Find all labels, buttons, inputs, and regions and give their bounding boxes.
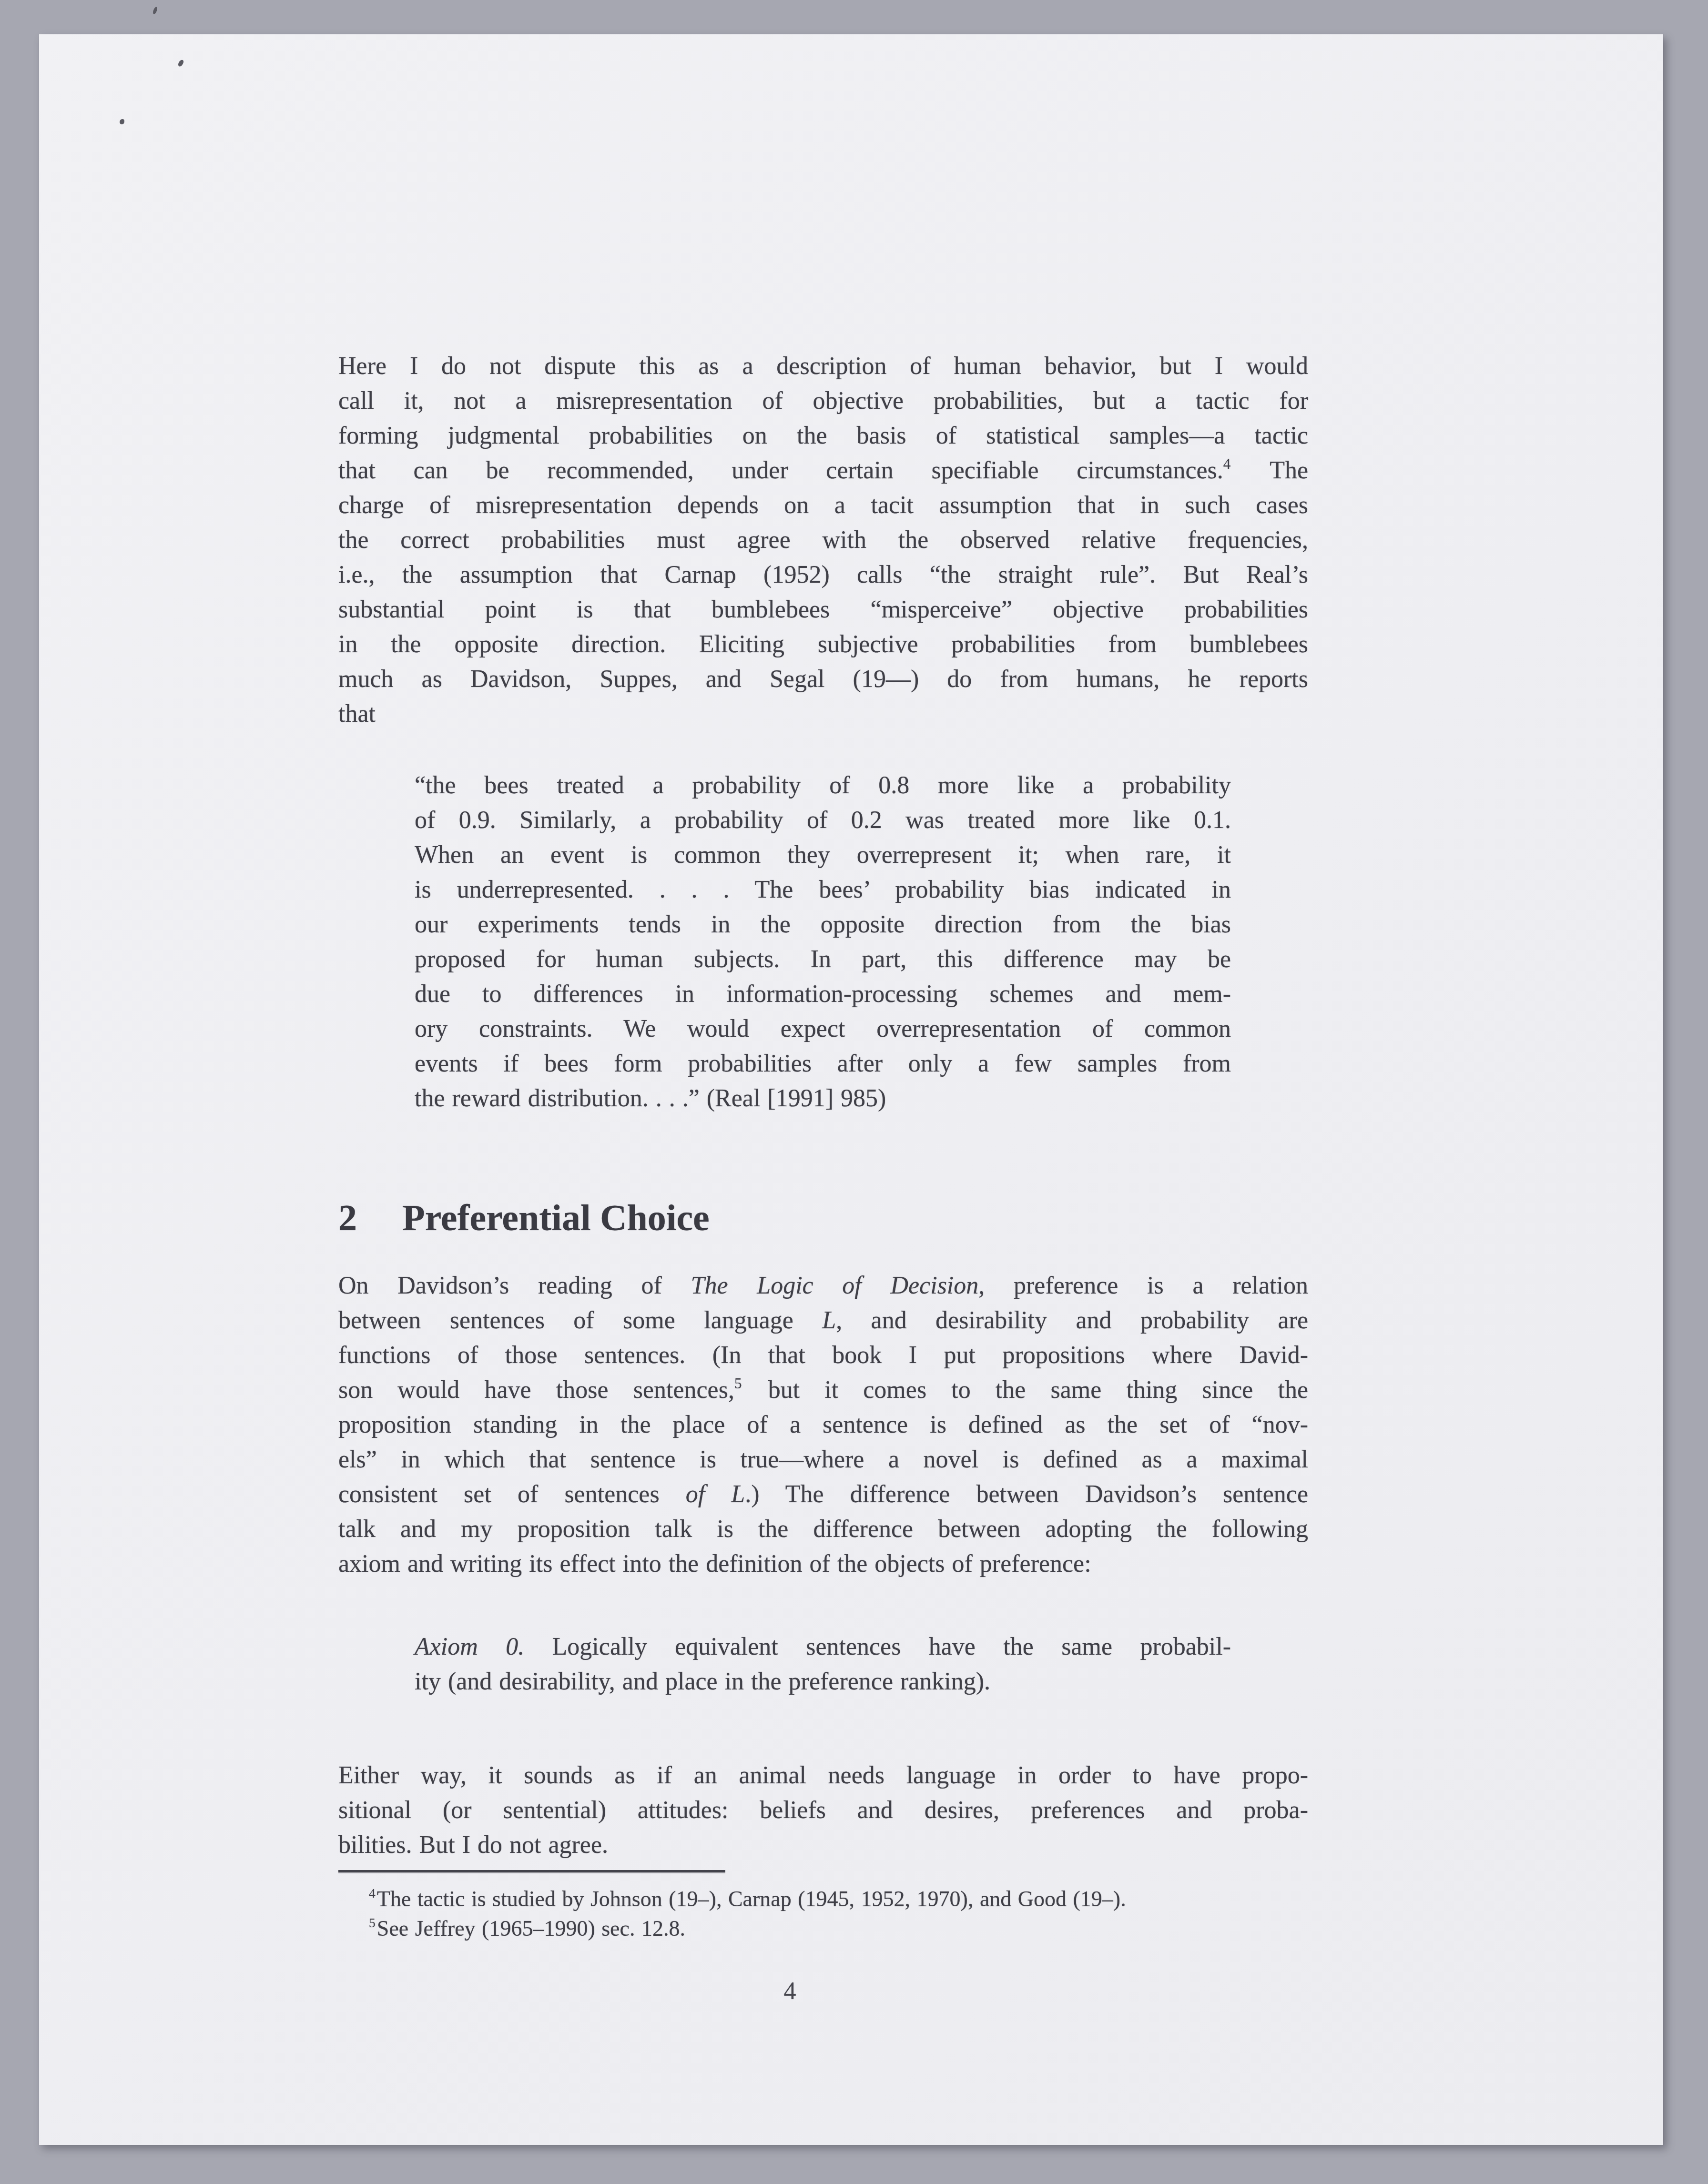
text-line: bilities. But I do not agree.	[338, 1828, 1308, 1862]
text-line: functions of those sentences. (In that b…	[338, 1338, 1308, 1373]
text-line: sitional (or sentential) attitudes: beli…	[338, 1793, 1308, 1828]
text-line: ity (and desirability, and place in the …	[415, 1664, 1231, 1699]
text-line: charge of misrepresentation depends on a…	[338, 488, 1308, 523]
section-title: Preferential Choice	[402, 1196, 710, 1240]
text-line: of 0.9. Similarly, a probability of 0.2 …	[415, 803, 1231, 838]
text-line: son would have those sentences,5 but it …	[338, 1373, 1308, 1407]
text-line: 4The tactic is studied by Johnson (19–),…	[338, 1884, 1349, 1914]
text-line: proposed for human subjects. In part, th…	[415, 942, 1231, 977]
paper-sheet: Here I do not dispute this as a descript…	[39, 34, 1663, 2145]
text-line: i.e., the assumption that Carnap (1952) …	[338, 557, 1308, 592]
text-line: axiom and writing its effect into the de…	[338, 1547, 1308, 1581]
text-line: the correct probabilities must agree wit…	[338, 523, 1308, 557]
text-line: substantial point is that bumblebees “mi…	[338, 592, 1308, 627]
paragraph-misrepresentation: Here I do not dispute this as a descript…	[338, 349, 1308, 731]
text-line: Axiom 0. Logically equivalent sentences …	[415, 1629, 1231, 1664]
footnotes-block: 4The tactic is studied by Johnson (19–),…	[338, 1884, 1349, 1943]
text-line: On Davidson’s reading of The Logic of De…	[338, 1268, 1308, 1303]
text-line: 5See Jeffrey (1965–1990) sec. 12.8.	[338, 1914, 1349, 1943]
text-line: ory constraints. We would expect overrep…	[415, 1011, 1231, 1046]
text-line: When an event is common they overreprese…	[415, 838, 1231, 872]
text-line: events if bees form probabilities after …	[415, 1046, 1231, 1081]
text-line: due to differences in information-proces…	[415, 977, 1231, 1011]
axiom-0-block: Axiom 0. Logically equivalent sentences …	[415, 1629, 1231, 1699]
section-heading: 2 Preferential Choice	[338, 1196, 710, 1240]
scan-speck	[120, 119, 124, 124]
text-line: in the opposite direction. Eliciting sub…	[338, 627, 1308, 662]
page-number: 4	[305, 1977, 1275, 2005]
text-line: consistent set of sentences of L.) The d…	[338, 1477, 1308, 1512]
blockquote-real-1991: “the bees treated a probability of 0.8 m…	[415, 768, 1231, 1116]
text-line: Here I do not dispute this as a descript…	[338, 349, 1308, 384]
paragraph-davidson-reading: On Davidson’s reading of The Logic of De…	[338, 1268, 1308, 1581]
text-line: “the bees treated a probability of 0.8 m…	[415, 768, 1231, 803]
text-line: Either way, it sounds as if an animal ne…	[338, 1758, 1308, 1793]
scanned-page-screen: Here I do not dispute this as a descript…	[0, 0, 1708, 2184]
section-number: 2	[338, 1196, 357, 1240]
text-line: our experiments tends in the opposite di…	[415, 907, 1231, 942]
text-line: els” in which that sentence is true—wher…	[338, 1442, 1308, 1477]
text-line: the reward distribution. . . .” (Real [1…	[415, 1081, 1231, 1116]
text-line: that	[338, 697, 1308, 731]
scan-speck	[177, 59, 184, 67]
footnote-rule	[338, 1870, 725, 1872]
scan-speck	[152, 6, 158, 14]
paragraph-either-way: Either way, it sounds as if an animal ne…	[338, 1758, 1308, 1862]
text-line: between sentences of some language L, an…	[338, 1303, 1308, 1338]
text-line: that can be recommended, under certain s…	[338, 453, 1308, 488]
text-line: proposition standing in the place of a s…	[338, 1407, 1308, 1442]
text-line: forming judgmental probabilities on the …	[338, 418, 1308, 453]
text-line: is underrepresented. . . . The bees’ pro…	[415, 872, 1231, 907]
text-line: call it, not a misrepresentation of obje…	[338, 384, 1308, 418]
text-line: talk and my proposition talk is the diff…	[338, 1512, 1308, 1547]
text-line: much as Davidson, Suppes, and Segal (19—…	[338, 662, 1308, 697]
